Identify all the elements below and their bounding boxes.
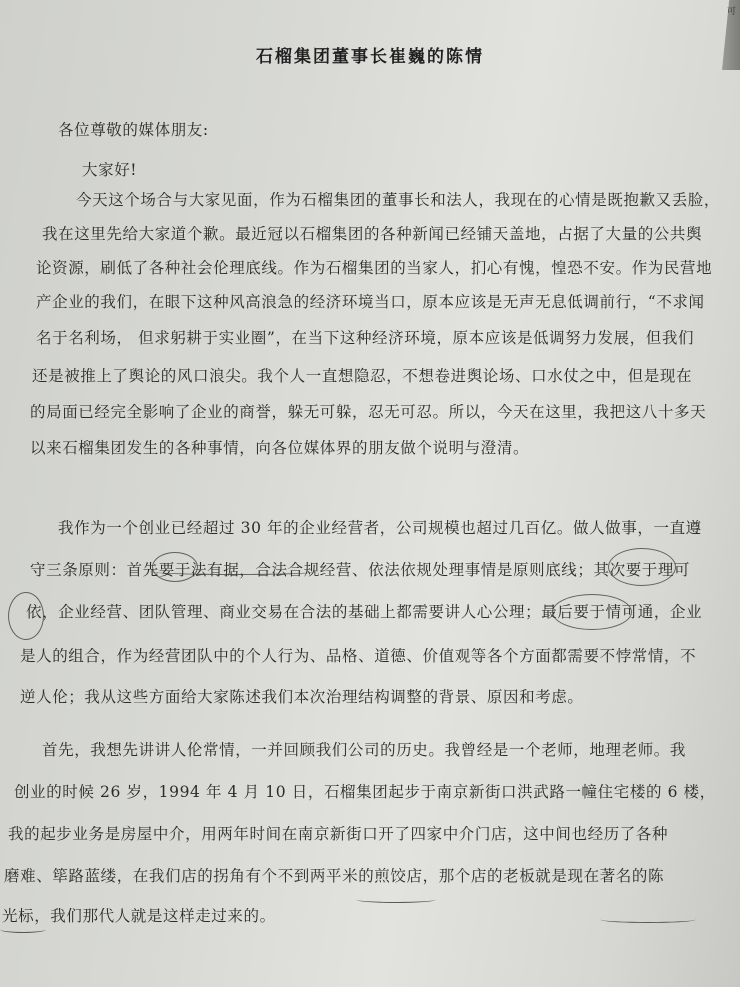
pen-underline-annotation	[0, 926, 46, 933]
pen-circle-annotation	[152, 552, 198, 582]
pen-underline-annotation	[356, 896, 436, 903]
body-line: 创业的时候 26 岁，1994 年 4 月 10 日，石榴集团起步于南京新街口洪…	[14, 780, 716, 802]
pen-circle-annotation	[552, 594, 632, 630]
body-line: 磨难、筚路蓝缕，在我们店的拐角有个不到两平米的煎饺店，那个店的老板就是现在著名的…	[4, 864, 664, 886]
greeting: 大家好!	[82, 158, 137, 180]
body-line: 产企业的我们，在眼下这种风高浪急的经济环境当口，原本应该是无声无息低调前行，“不…	[36, 290, 705, 312]
salutation: 各位尊敬的媒体朋友:	[58, 118, 209, 140]
document-title: 石榴集团董事长崔巍的陈情	[0, 42, 740, 67]
body-line: 我在这里先给大家道个歉。最近冠以石榴集团的各种新闻已经铺天盖地，占据了大量的公共…	[42, 222, 702, 244]
body-line: 今天这个场合与大家见面，作为石榴集团的董事长和法人，我现在的心情是既抱歉又丢脸，	[76, 188, 720, 210]
body-line: 首先，我想先讲讲人伦常情，一并回顾我们公司的历史。我曾经是一个老师，地理老师。我	[42, 738, 686, 760]
pen-underline-annotation	[600, 916, 696, 923]
body-line: 名于名利场， 但求躬耕于实业圈”，在当下这种经济环境，原本应该是低调努力发展，但…	[36, 326, 694, 348]
body-line: 还是被推上了舆论的风口浪尖。我个人一直想隐忍，不想卷进舆论场、口水仗之中，但是现…	[32, 364, 692, 386]
body-line: 以来石榴集团发生的各种事情，向各位媒体界的朋友做个说明与澄清。	[30, 436, 529, 458]
body-line: 光标，我们那代人就是这样走过来的。	[2, 904, 276, 926]
body-line: 我作为一个创业已经超过 30 年的企业经营者，公司规模也超过几百亿。做人做事，一…	[58, 516, 702, 538]
body-line: 的局面已经完全影响了企业的商誉，躲无可躲，忍无可忍。所以，今天在这里，我把这八十…	[30, 400, 706, 422]
pen-circle-annotation	[608, 548, 676, 586]
pen-underline-annotation	[150, 568, 318, 575]
body-line: 逆人伦；我从这些方面给大家陈述我们本次治理结构调整的背景、原因和考虑。	[20, 685, 584, 707]
body-line: 是人的组合，作为经营团队中的个人行为、品格、道德、价值观等各个方面都需要不悖常情…	[20, 644, 696, 666]
body-line: 论资源，刷低了各种社会伦理底线。作为石榴集团的当家人，扪心有愧，惶恐不安。作为民…	[36, 256, 712, 278]
body-line: 我的起步业务是房屋中介，用两年时间在南京新街口开了四家中介门店，这中间也经历了各…	[8, 822, 668, 844]
pen-circle-annotation	[8, 592, 44, 640]
corner-text: 可	[727, 4, 736, 17]
body-line: 守三条原则：首先要于法有据，合法合规经营、依法依规处理事情是原则底线；其次要于理…	[30, 558, 690, 580]
